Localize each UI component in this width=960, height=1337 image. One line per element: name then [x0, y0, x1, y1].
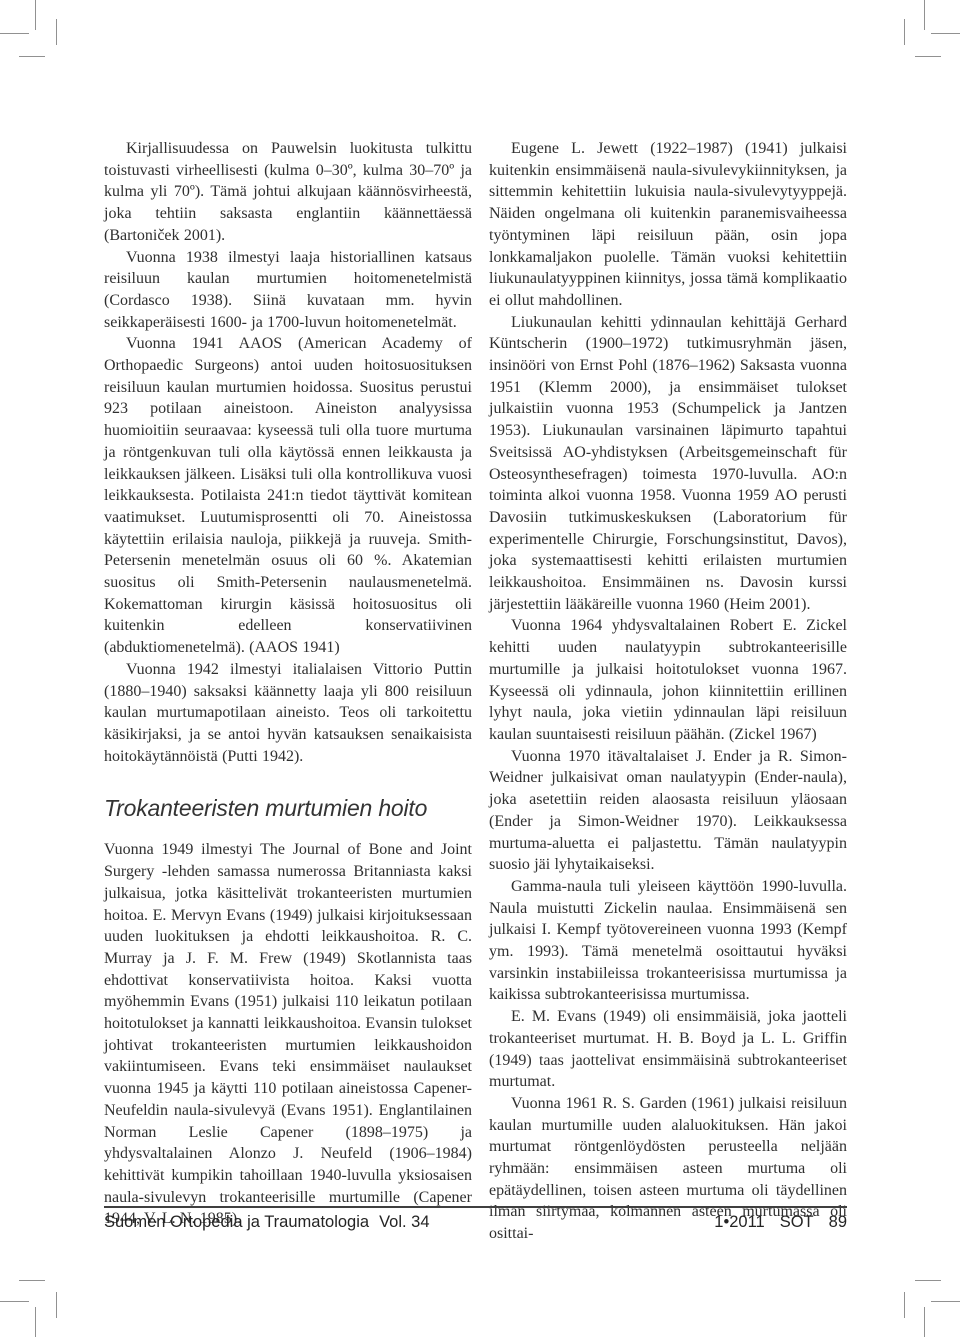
crop-mark: [35, 1307, 36, 1337]
paragraph: Vuonna 1949 ilmestyi The Journal of Bone…: [104, 839, 472, 1230]
issue-number: 1•2011: [714, 1213, 764, 1232]
crop-mark: [19, 56, 45, 57]
paragraph: Vuonna 1938 ilmestyi laaja historialline…: [104, 247, 472, 334]
paragraph: Vuonna 1970 itävaltalaiset J. Ender ja R…: [489, 746, 847, 876]
paragraph: Vuonna 1964 yhdysvaltalainen Robert E. Z…: [489, 615, 847, 745]
journal-abbreviation: SOT: [780, 1213, 814, 1232]
paragraph: Liukunaulan kehitti ydinnaulan kehittäjä…: [489, 312, 847, 616]
footer-text-row: Suomen Ortopedia ja Traumatologia Vol. 3…: [104, 1213, 847, 1232]
footer-journal-info: Suomen Ortopedia ja Traumatologia Vol. 3…: [104, 1213, 430, 1232]
article-body: Kirjallisuudessa on Pauwelsin luokitusta…: [104, 138, 847, 1245]
crop-mark: [904, 19, 905, 45]
right-column: Eugene L. Jewett (1922–1987) (1941) julk…: [489, 138, 847, 1245]
section-heading: Trokanteeristen murtumien hoito: [104, 794, 472, 822]
paragraph: Vuonna 1941 AAOS (American Academy of Or…: [104, 333, 472, 659]
crop-mark: [924, 1307, 925, 1337]
journal-volume: Vol. 34: [379, 1213, 429, 1232]
crop-mark: [924, 0, 925, 30]
left-column: Kirjallisuudessa on Pauwelsin luokitusta…: [104, 138, 472, 1245]
paragraph: Vuonna 1942 ilmestyi italialaisen Vittor…: [104, 659, 472, 768]
crop-mark: [0, 33, 29, 34]
crop-mark: [19, 1280, 45, 1281]
crop-mark: [931, 33, 960, 34]
crop-mark: [56, 1292, 57, 1318]
document-page: Kirjallisuudessa on Pauwelsin luokitusta…: [0, 0, 960, 1337]
crop-mark: [915, 56, 941, 57]
page-number: 89: [829, 1213, 847, 1232]
crop-mark: [904, 1292, 905, 1318]
footer-rule: [104, 1206, 847, 1208]
paragraph: Gamma-naula tuli yleiseen käyttöön 1990-…: [489, 876, 847, 1006]
footer-issue-info: 1•2011 SOT 89: [714, 1213, 847, 1232]
page-footer: Suomen Ortopedia ja Traumatologia Vol. 3…: [104, 1206, 847, 1232]
crop-mark: [56, 19, 57, 45]
crop-mark: [35, 0, 36, 30]
crop-mark: [0, 1301, 29, 1302]
paragraph: E. M. Evans (1949) oli ensimmäisiä, joka…: [489, 1006, 847, 1093]
crop-mark: [931, 1301, 960, 1302]
journal-title: Suomen Ortopedia ja Traumatologia: [104, 1213, 369, 1232]
crop-mark: [915, 1280, 941, 1281]
paragraph: Eugene L. Jewett (1922–1987) (1941) julk…: [489, 138, 847, 312]
paragraph: Kirjallisuudessa on Pauwelsin luokitusta…: [104, 138, 472, 247]
